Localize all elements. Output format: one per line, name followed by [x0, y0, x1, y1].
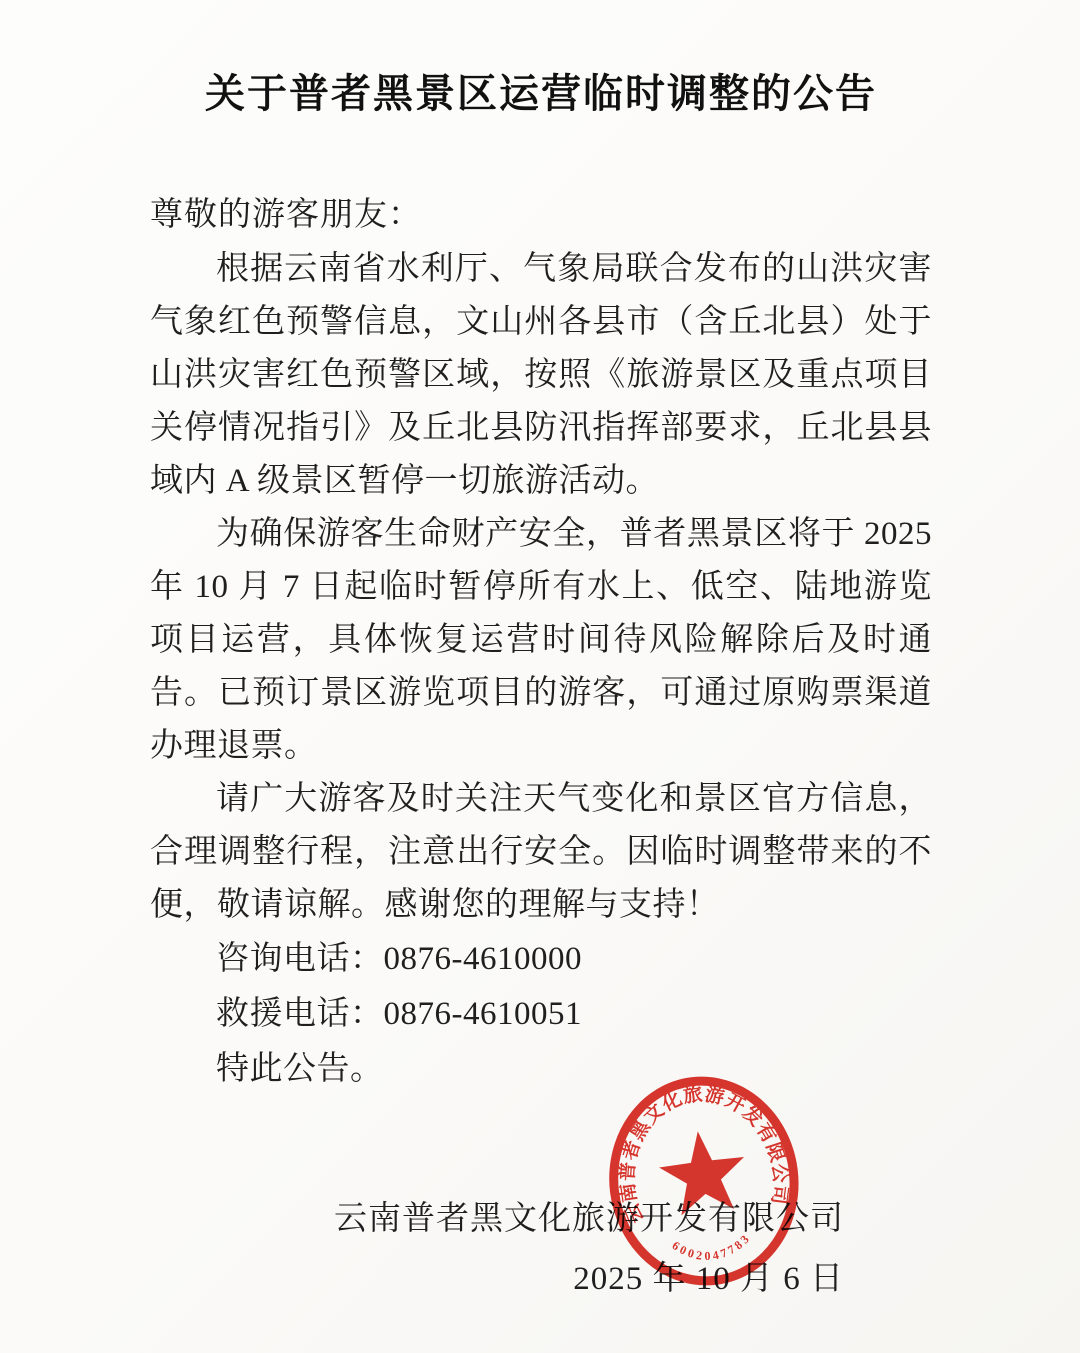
paragraph-suspension-notice: 为确保游客生命财产安全，普者黑景区将于 2025 年 10 月 7 日起临时暂停…	[150, 508, 932, 773]
company-seal: 云南普者黑文化旅游开发有限公司 6002047783	[591, 1061, 816, 1304]
rescue-phone-label: 救援电话：	[216, 996, 384, 1032]
contact-line-rescue: 救援电话：0876-4610051	[150, 987, 932, 1042]
seal-star-icon	[655, 1126, 750, 1217]
announcement-page: 关于普者黑景区运营临时调整的公告 尊敬的游客朋友： 根据云南省水利厅、气象局联合…	[0, 0, 1080, 1353]
paragraph-visitor-advice: 请广大游客及时关注天气变化和景区官方信息，合理调整行程，注意出行安全。因临时调整…	[150, 773, 932, 932]
consult-phone-label: 咨询电话：	[216, 941, 384, 977]
consult-phone-number: 0876-4610000	[384, 941, 583, 977]
signature-block: 云南普者黑文化旅游开发有限公司 2025 年 10 月 6 日	[150, 1189, 932, 1309]
seal-serial-number: 6002047783	[668, 1229, 756, 1268]
rescue-phone-number: 0876-4610051	[384, 996, 583, 1032]
page-title: 关于普者黑景区运营临时调整的公告	[150, 62, 932, 119]
contact-line-consult: 咨询电话：0876-4610000	[150, 932, 932, 987]
closing-statement: 特此公告。	[150, 1042, 932, 1097]
paragraph-warning-basis: 根据云南省水利厅、气象局联合发布的山洪灾害气象红色预警信息，文山州各县市（含丘北…	[150, 243, 932, 508]
svg-text:6002047783: 6002047783	[668, 1229, 756, 1268]
salutation-line: 尊敬的游客朋友：	[150, 187, 932, 243]
